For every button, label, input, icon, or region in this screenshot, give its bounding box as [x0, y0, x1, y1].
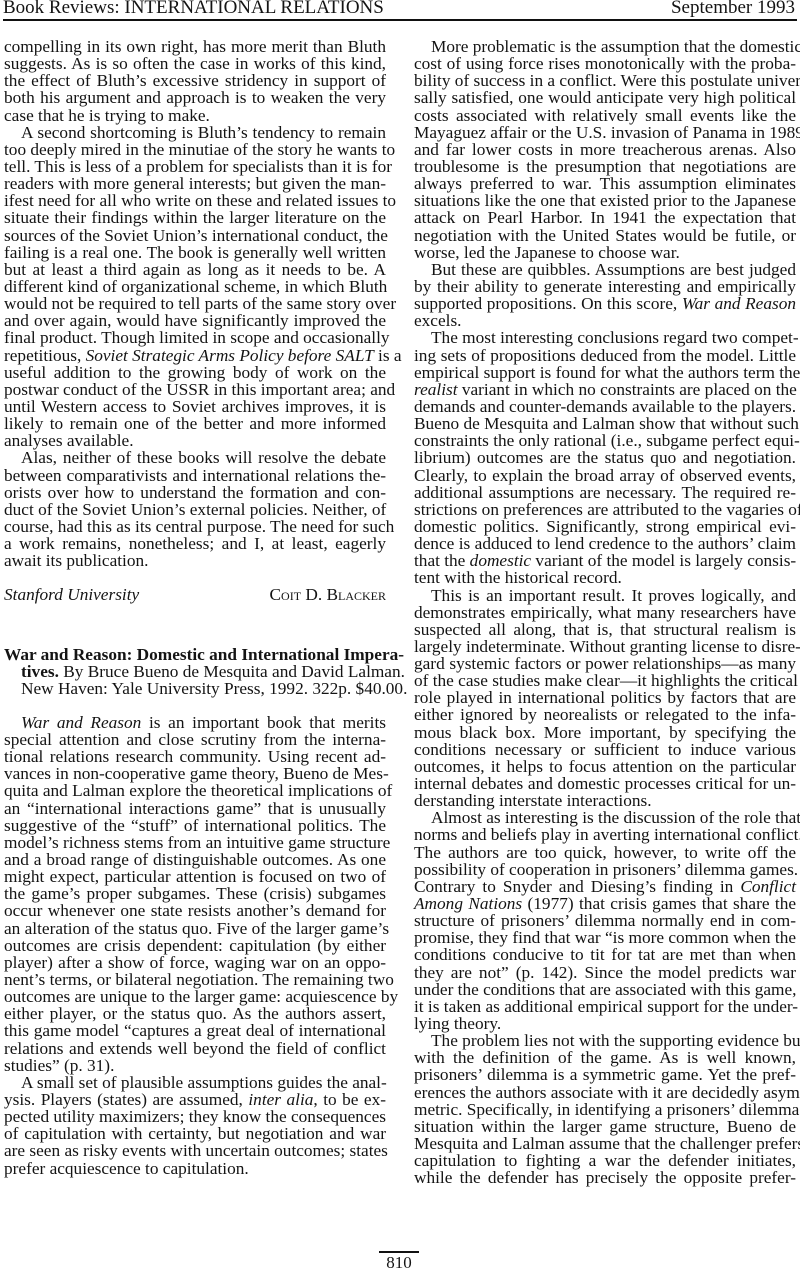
text-run: repetitious,: [4, 346, 86, 365]
spacer: [4, 569, 386, 586]
issue-date: September 1993: [671, 0, 795, 18]
text-line: the game’s proper subgames. These (crisi…: [4, 885, 386, 902]
text-line: A small set of plausible assumptions gui…: [4, 1074, 386, 1091]
section-title: Book Reviews: INTERNATIONAL RELATIONS: [3, 0, 384, 18]
paragraph: A small set of plausible assumptions gui…: [4, 1074, 386, 1177]
text-line: Almost as interesting is the discussion …: [414, 809, 796, 826]
text-line: metric. Specifically, in identifying a p…: [414, 1101, 796, 1118]
text-line: tent with the historical record.: [414, 569, 796, 586]
text-line: that the domestic variant of the model i…: [414, 552, 796, 569]
text-line: suggestive of the “stuff” of internation…: [4, 817, 386, 834]
text-line: sources of the Soviet Union’s internatio…: [4, 227, 386, 244]
text-line: analyses available.: [4, 432, 386, 449]
text-line: the effect of Bluth’s excessive stridenc…: [4, 72, 386, 89]
paragraph: War and Reason is an important book that…: [4, 714, 386, 1074]
text-line: norms and beliefs play in averting inter…: [414, 826, 796, 843]
text-line: readers with more general interests; but…: [4, 175, 386, 192]
text-line: cost of using force rises monotonically …: [414, 55, 796, 72]
text-line: always preferred to war. This assumption…: [414, 175, 796, 192]
text-line: derstanding interstate interactions.: [414, 792, 796, 809]
text-line: course, had this as its central purpose.…: [4, 518, 386, 535]
text-line: useful addition to the growing body of w…: [4, 364, 386, 381]
text-line: both his argument and approach is to wea…: [4, 89, 386, 106]
text-line: Mayaguez affair or the U.S. invasion of …: [414, 124, 796, 141]
running-head: Book Reviews: INTERNATIONAL RELATIONS Se…: [3, 0, 795, 20]
paragraph: More problematic is the assumption that …: [414, 38, 796, 261]
text-line: promise, they find that war “is more com…: [414, 929, 796, 946]
text-line: with the definition of the game. As is w…: [414, 1049, 796, 1066]
text-run: is an important book that merits: [141, 713, 386, 732]
text-line: studies” (p. 31).: [4, 1057, 386, 1074]
text-line: role played in international politics by…: [414, 689, 796, 706]
text-line: supported propositions. On this score, W…: [414, 295, 796, 312]
text-line: erences the authors associate with it ar…: [414, 1084, 796, 1101]
text-line: under the conditions that are associated…: [414, 981, 796, 998]
book-title-italic: Among Nations: [414, 894, 522, 913]
left-column: compelling in its own right, has more me…: [4, 38, 386, 1177]
text-line: are seen as risky events with uncertain …: [4, 1142, 386, 1159]
text-run: that the: [414, 551, 470, 570]
text-line: nent’s terms, or bilateral negotiation. …: [4, 971, 386, 988]
text-line: between comparativists and international…: [4, 467, 386, 484]
text-line: suggests. As is so often the case in wor…: [4, 55, 386, 72]
text-line: The problem lies not with the supporting…: [414, 1032, 796, 1049]
text-line: outcomes, it helps to focus attention on…: [414, 758, 796, 775]
text-line: Among Nations (1977) that crisis games t…: [414, 895, 796, 912]
text-line: await its publication.: [4, 552, 386, 569]
right-column: More problematic is the assumption that …: [414, 38, 796, 1186]
text-line: pected utility maximizers; they know the…: [4, 1108, 386, 1125]
text-line: strictions on preferences are attributed…: [414, 501, 796, 518]
text-line: More problematic is the assumption that …: [414, 38, 796, 55]
text-line: of the case studies make clear—it highli…: [414, 672, 796, 689]
term-italic: domestic: [470, 551, 531, 570]
book-title-italic: Soviet Strategic Arms Policy before SALT: [86, 346, 374, 365]
text-line: capitulation to fighting a war the defen…: [414, 1152, 796, 1169]
text-line: and over again, would have significantly…: [4, 312, 386, 329]
text-line: worse, led the Japanese to choose war.: [414, 244, 796, 261]
text-line: gard systemic factors or power relations…: [414, 655, 796, 672]
text-line: negotiation with the United States would…: [414, 227, 796, 244]
text-line: would not be required to tell parts of t…: [4, 295, 386, 312]
text-line: Mesquita and Lalman assume that the chal…: [414, 1135, 796, 1152]
review-heading: War and Reason: Domestic and Internation…: [4, 646, 386, 697]
spacer: [4, 604, 386, 646]
text-line: an alteration of the status quo. Five of…: [4, 920, 386, 937]
text-line: domestic politics. Significantly, strong…: [414, 518, 796, 535]
text-line: conditions conducive to tit for tat are …: [414, 946, 796, 963]
text-line: and far lower costs in more treacherous …: [414, 141, 796, 158]
text-line: Alas, neither of these books will resolv…: [4, 449, 386, 466]
text-line: final product. Though limited in scope a…: [4, 329, 386, 346]
text-run: Contrary to Snyder and Diesing’s finding…: [414, 877, 740, 896]
text-line: of capitulation with certainty, but nego…: [4, 1125, 386, 1142]
text-line: an “international interactions game” tha…: [4, 800, 386, 817]
text-line: this game model “captures a great deal o…: [4, 1022, 386, 1039]
text-line: they are not” (p. 142). Since the model …: [414, 964, 796, 981]
text-line: relations and extends well beyond the fi…: [4, 1040, 386, 1057]
text-line: The most interesting conclusions regard …: [414, 329, 796, 346]
text-line: dence is adduced to lend credence to the…: [414, 535, 796, 552]
text-line: This is an important result. It proves l…: [414, 587, 796, 604]
paragraph: A second shortcoming is Bluth’s tendency…: [4, 124, 386, 450]
text-line: situation within the larger game structu…: [414, 1118, 796, 1135]
text-line: it is taken as additional empirical supp…: [414, 998, 796, 1015]
text-run: variant of the model is largely consis-: [531, 551, 796, 570]
text-line: The authors are too quick, however, to w…: [414, 844, 796, 861]
book-title-italic: Conflict: [740, 877, 796, 896]
text-line: constraints the only rational (i.e., sub…: [414, 432, 796, 449]
text-line: Clearly, to explain the broad array of o…: [414, 467, 796, 484]
spacer: [4, 697, 386, 714]
page-number: 810: [379, 1254, 419, 1272]
text-line: troublesome is the presumption that nego…: [414, 158, 796, 175]
paragraph: The most interesting conclusions regard …: [414, 329, 796, 586]
review-signature: Stanford University Coit D. Blacker: [4, 586, 386, 603]
text-line: demonstrates empirically, what many rese…: [414, 604, 796, 621]
text-line: vances in non-cooperative game theory, B…: [4, 765, 386, 782]
text-line: conditions necessary or sufficient to in…: [414, 741, 796, 758]
text-line: a work remains, nonetheless; and I, at l…: [4, 535, 386, 552]
text-line: either player, or the status quo. As the…: [4, 1005, 386, 1022]
text-line: outcomes are crisis dependent: capitulat…: [4, 937, 386, 954]
text-line: situations like the one that existed pri…: [414, 192, 796, 209]
paragraph: This is an important result. It proves l…: [414, 587, 796, 810]
text-line: but at least a third again as long as it…: [4, 261, 386, 278]
text-line: demands and counter-demands available to…: [414, 398, 796, 415]
text-line: until Western access to Soviet archives …: [4, 398, 386, 415]
text-line: failing is a real one. The book is gener…: [4, 244, 386, 261]
book-title: War and Reason: Domestic and Internation…: [4, 646, 386, 663]
paragraph: Alas, neither of these books will resolv…: [4, 449, 386, 569]
text-line: postwar conduct of the USSR in this impo…: [4, 381, 386, 398]
text-line: costs associated with relatively small e…: [414, 107, 796, 124]
paragraph: compelling in its own right, has more me…: [4, 38, 386, 124]
text-line: mous black box. More important, by speci…: [414, 724, 796, 741]
text-run: supported propositions. On this score,: [414, 294, 682, 313]
text-line: bility of success in a conflict. Were th…: [414, 72, 796, 89]
text-line: additional assumptions are necessary. Th…: [414, 484, 796, 501]
paragraph: The problem lies not with the supporting…: [414, 1032, 796, 1186]
text-line: Contrary to Snyder and Diesing’s finding…: [414, 878, 796, 895]
text-line: case that he is trying to make.: [4, 107, 386, 124]
text-line: tional relations research community. Usi…: [4, 748, 386, 765]
book-byline: tives. By Bruce Bueno de Mesquita and Da…: [4, 663, 386, 680]
text-line: situate their findings within the larger…: [4, 209, 386, 226]
text-run: , to be ex-: [313, 1090, 386, 1109]
paragraph: But these are quibbles. Assumptions are …: [414, 261, 796, 330]
text-line: internal debates and domestic processes …: [414, 775, 796, 792]
text-line: player) after a show of force, waging wa…: [4, 954, 386, 971]
reviewer-name: Coit D. Blacker: [270, 586, 387, 603]
text-line: Bueno de Mesquita and Lalman show that w…: [414, 415, 796, 432]
text-run: is a: [374, 346, 402, 365]
text-line: ysis. Players (states) are assumed, inte…: [4, 1091, 386, 1108]
text-line: duct of the Soviet Union’s external poli…: [4, 501, 386, 518]
book-title-italic: War and Reason: [682, 294, 796, 313]
text-line: while the defender has precisely the opp…: [414, 1169, 796, 1186]
reviewer-affiliation: Stanford University: [4, 586, 139, 603]
text-line: ing sets of propositions deduced from th…: [414, 347, 796, 364]
text-line: compelling in its own right, has more me…: [4, 38, 386, 55]
text-line: suspected all along, that is, that struc…: [414, 621, 796, 638]
text-line: But these are quibbles. Assumptions are …: [414, 261, 796, 278]
text-line: sally satisfied, one would anticipate ve…: [414, 89, 796, 106]
text-line: different kind of organizational scheme,…: [4, 278, 386, 295]
text-line: prefer acquiescence to capitulation.: [4, 1160, 386, 1177]
text-line: and a broad range of distinguishable out…: [4, 851, 386, 868]
text-line: outcomes are unique to the larger game: …: [4, 988, 386, 1005]
book-publication: New Haven: Yale University Press, 1992. …: [4, 680, 386, 697]
text-line: librium) outcomes are the status quo and…: [414, 449, 796, 466]
text-line: too deeply mired in the minutiae of the …: [4, 141, 386, 158]
text-line: quita and Lalman explore the theoretical…: [4, 782, 386, 799]
text-line: realist variant in which no constraints …: [414, 381, 796, 398]
text-line: excels.: [414, 312, 796, 329]
text-line: War and Reason is an important book that…: [4, 714, 386, 731]
text-line: possibility of cooperation in prisoners’…: [414, 861, 796, 878]
text-run: ysis. Players (states) are assumed,: [4, 1090, 248, 1109]
text-line: structure of prisoners’ dilemma normally…: [414, 912, 796, 929]
text-line: largely indeterminate. Without granting …: [414, 638, 796, 655]
book-authors: By Bruce Bueno de Mesquita and David Lal…: [59, 662, 405, 681]
text-line: repetitious, Soviet Strategic Arms Polic…: [4, 347, 386, 364]
text-line: ifest need for all who write on these an…: [4, 192, 386, 209]
term-italic: realist: [414, 380, 458, 399]
text-line: empirical support is found for what the …: [414, 364, 796, 381]
text-line: occur whenever one state resists another…: [4, 902, 386, 919]
header-rule: [3, 19, 797, 21]
latin-phrase-italic: inter alia: [248, 1090, 313, 1109]
text-line: tell. This is less of a problem for spec…: [4, 158, 386, 175]
paragraph: Almost as interesting is the discussion …: [414, 809, 796, 1032]
text-run: (1977) that crisis games that share the: [522, 894, 796, 913]
text-line: lying theory.: [414, 1015, 796, 1032]
text-line: likely to remain one of the better and m…: [4, 415, 386, 432]
text-line: A second shortcoming is Bluth’s tendency…: [4, 124, 386, 141]
book-title-end: tives.: [21, 662, 59, 681]
text-line: either ignored by neorealists or relegat…: [414, 706, 796, 723]
text-line: attack on Pearl Harbor. In 1941 the expe…: [414, 209, 796, 226]
text-run: variant in which no constraints are plac…: [458, 380, 797, 399]
text-line: might expect, particular attention is fo…: [4, 868, 386, 885]
book-title-italic: War and Reason: [21, 713, 141, 732]
text-line: by their ability to generate interesting…: [414, 278, 796, 295]
text-line: prisoners’ dilemma is a symmetric game. …: [414, 1066, 796, 1083]
text-line: special attention and close scrutiny fro…: [4, 731, 386, 748]
text-line: model’s richness stems from an intuitive…: [4, 834, 386, 851]
text-line: orists over how to understand the format…: [4, 484, 386, 501]
